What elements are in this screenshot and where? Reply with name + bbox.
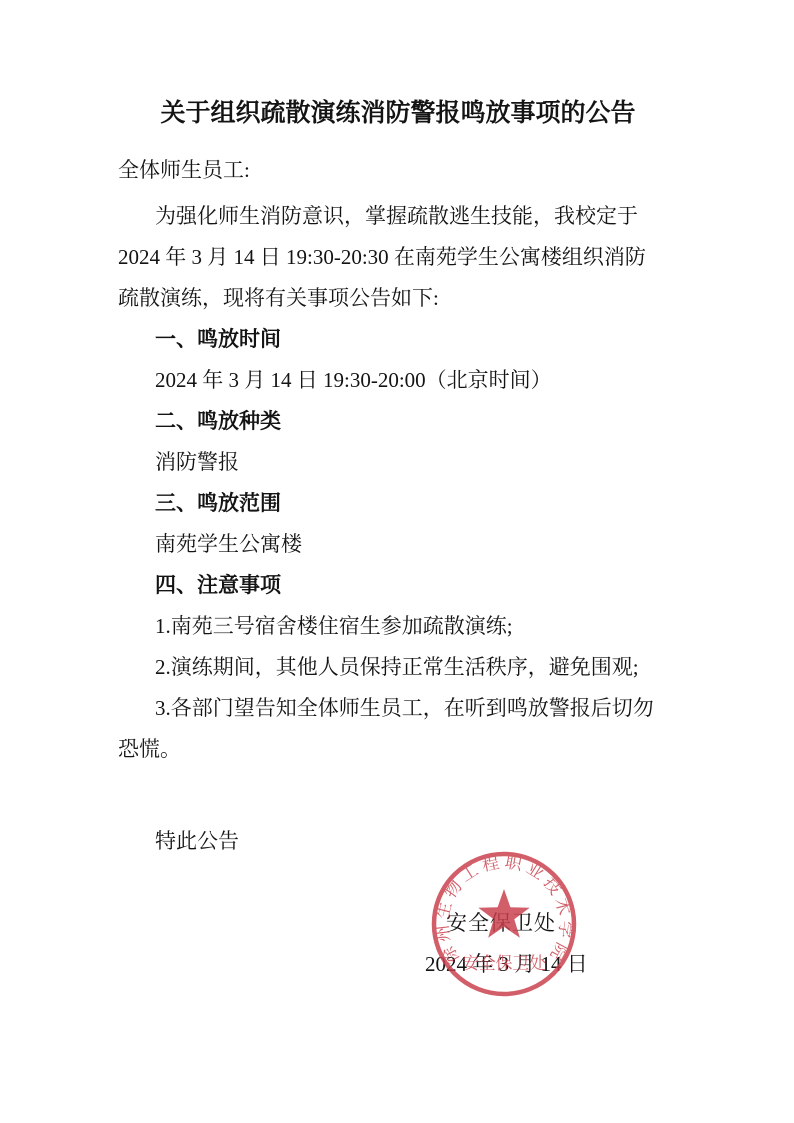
document-line: 四、注意事项	[118, 565, 678, 606]
document-line: 为强化师生消防意识，掌握疏散逃生技能，我校定于	[118, 196, 678, 237]
document-line: 2024 年 3 月 14 日 19:30-20:00（北京时间）	[118, 360, 678, 401]
document-line: 2.演练期间，其他人员保持正常生活秩序，避免围观;	[118, 647, 678, 688]
signature-department: 安全保卫处	[118, 903, 678, 944]
document-line: 2024 年 3 月 14 日 19:30-20:30 在南苑学生公寓楼组织消防	[118, 237, 678, 278]
document-line: 疏散演练，现将有关事项公告如下:	[118, 278, 678, 319]
document-line: 3.各部门望告知全体师生员工，在听到鸣放警报后切勿	[118, 688, 678, 729]
notice-page: 关于组织疏散演练消防警报鸣放事项的公告 全体师生员工: 为强化师生消防意识，掌握…	[0, 0, 794, 1123]
body-lines: 为强化师生消防意识，掌握疏散逃生技能，我校定于2024 年 3 月 14 日 1…	[118, 196, 678, 770]
document-line: 消防警报	[118, 442, 678, 483]
document-line: 二、鸣放种类	[118, 401, 678, 442]
salutation: 全体师生员工:	[118, 150, 678, 191]
document-line: 南苑学生公寓楼	[118, 524, 678, 565]
page-title: 关于组织疏散演练消防警报鸣放事项的公告	[118, 94, 678, 134]
document-line: 恐慌。	[118, 729, 678, 770]
signature-date: 2024 年 3 月 14 日	[118, 944, 678, 985]
document-line: 一、鸣放时间	[118, 319, 678, 360]
document-line: 1.南苑三号宿舍楼住宿生参加疏散演练;	[118, 606, 678, 647]
closing-statement: 特此公告	[118, 821, 678, 862]
notice-content: 关于组织疏散演练消防警报鸣放事项的公告 全体师生员工: 为强化师生消防意识，掌握…	[118, 94, 678, 985]
document-line: 三、鸣放范围	[118, 483, 678, 524]
